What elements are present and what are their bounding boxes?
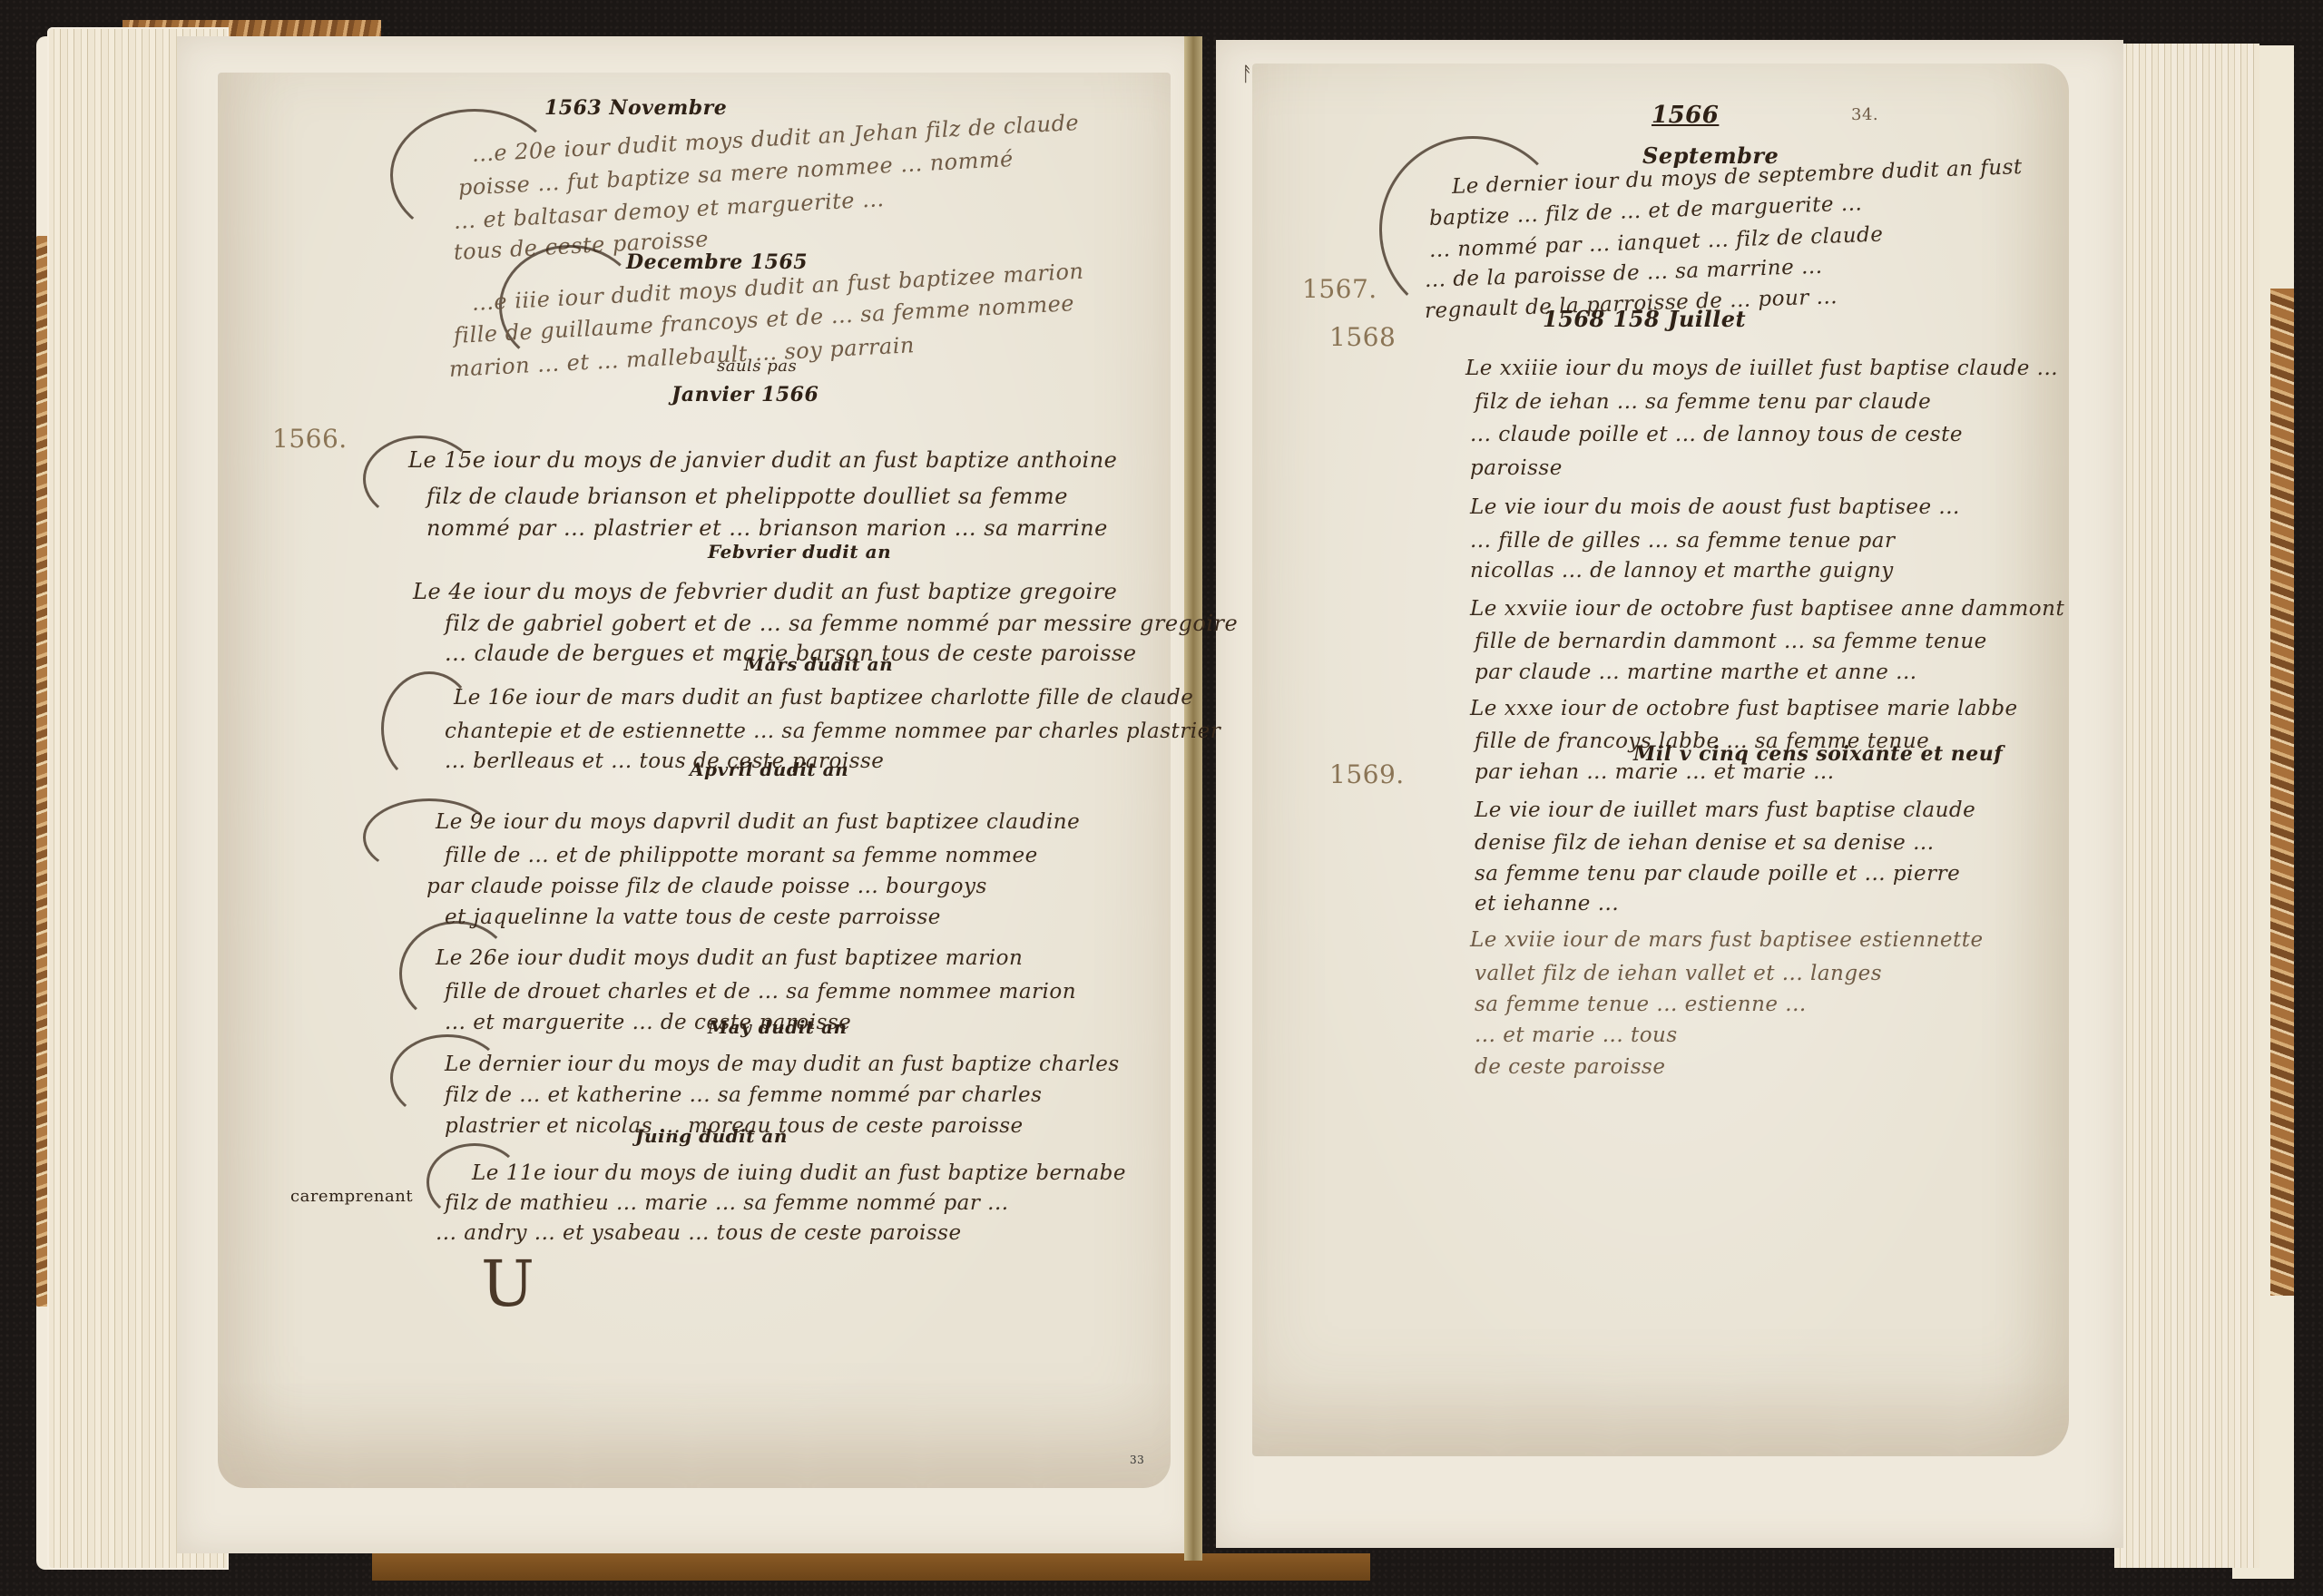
- entry-line: ... fille de gilles ... sa femme tenue p…: [1470, 531, 1895, 552]
- page-stack-right: [2114, 44, 2259, 1568]
- entry-heading: Mars dudit an: [744, 655, 893, 673]
- entry-line: filz de mathieu ... marie ... sa femme n…: [445, 1193, 1009, 1214]
- entry-line: Le xxiiie iour du moys de iuillet fust b…: [1465, 358, 2058, 379]
- margin-note: caremprenant: [290, 1189, 413, 1205]
- entry-line: filz de iehan ... sa femme tenu par clau…: [1475, 392, 1931, 413]
- folio-number: 33: [1130, 1454, 1144, 1465]
- entry-line: Le 4e iour du moys de febvrier dudit an …: [413, 581, 1117, 602]
- entry-line: par claude poisse filz de claude poisse …: [426, 876, 987, 897]
- entry-heading: 1563 Novembre: [544, 98, 727, 118]
- entry-line: Le vie iour du mois de aoust fust baptis…: [1470, 497, 1960, 518]
- margin-note-year: 1569.: [1329, 762, 1405, 788]
- entry-line: ... andry ... et ysabeau ... tous de ces…: [436, 1223, 962, 1244]
- margin-note-year: 1567.: [1302, 277, 1377, 302]
- entry-line: filz de ... et katherine ... sa femme no…: [445, 1085, 1042, 1106]
- entry-heading: Febvrier dudit an: [708, 543, 891, 561]
- folio-number: 34.: [1851, 107, 1878, 123]
- entry-heading: Mil v cinq cens soixante et neuf: [1633, 744, 2003, 764]
- entry-heading: Juing dudit an: [635, 1127, 788, 1145]
- entry-line: sa femme tenu par claude poille et ... p…: [1475, 864, 1960, 885]
- entry-line: et iehanne ...: [1475, 894, 1619, 915]
- entry-line: Le dernier iour du moys de may dudit an …: [445, 1054, 1120, 1075]
- entry-heading: May dudit an: [708, 1018, 848, 1036]
- entry-line: fille de ... et de philippotte morant sa…: [445, 846, 1038, 867]
- entry-line: filz de gabriel gobert et de ... sa femm…: [445, 612, 1238, 634]
- entry-heading: Apvril dudit an: [690, 760, 848, 778]
- entry-line: Le 11e iour du moys de iuing dudit an fu…: [472, 1163, 1126, 1184]
- entry-line: sauls pas: [717, 358, 797, 375]
- entry-heading: Janvier 1566: [671, 385, 818, 405]
- entry-line: Le vie iour de iuillet mars fust baptise…: [1475, 800, 1975, 821]
- entry-line: fille de drouet charles et de ... sa fem…: [445, 982, 1076, 1003]
- entry-line: fille de bernardin dammont ... sa femme …: [1475, 632, 1987, 652]
- entry-line: denise filz de iehan denise et sa denise…: [1475, 833, 1935, 854]
- entry-line: ... et marie ... tous: [1475, 1025, 1678, 1046]
- entry-heading: 1568 158 Juillet: [1543, 308, 1746, 330]
- entry-line: Le 15e iour du moys de janvier dudit an …: [408, 449, 1117, 471]
- entry-line: Le xxviie iour de octobre fust baptisee …: [1470, 599, 2064, 620]
- margin-note-year: 1568: [1329, 325, 1396, 350]
- marbled-cover-edge-right: [2270, 289, 2294, 1296]
- cover-bottom-edge: [372, 1553, 1370, 1581]
- signature-mark: U: [481, 1252, 535, 1316]
- entry-line: nommé par ... plastrier et ... brianson …: [426, 517, 1108, 539]
- initial-flourish: [390, 1034, 505, 1121]
- corner-mark: ᚨ: [1241, 65, 1254, 85]
- entry-line: Le 16e iour de mars dudit an fust baptiz…: [454, 688, 1193, 709]
- entry-line: par claude ... martine marthe et anne ..…: [1475, 662, 1917, 683]
- entry-heading: Decembre 1565: [626, 252, 808, 272]
- entry-line: ... claude poille et ... de lannoy tous …: [1470, 425, 1963, 446]
- entry-line: vallet filz de iehan vallet et ... lange…: [1475, 964, 1882, 984]
- entry-line: chantepie et de estiennette ... sa femme…: [445, 721, 1220, 742]
- entry-line: filz de claude brianson et phelippotte d…: [426, 485, 1068, 507]
- book-gutter: [1184, 36, 1202, 1561]
- entry-line: Le 26e iour dudit moys dudit an fust bap…: [436, 948, 1023, 969]
- entry-line: de ceste paroisse: [1475, 1057, 1665, 1078]
- entry-line: nicollas ... de lannoy et marthe guigny: [1470, 561, 1894, 582]
- page-year-header: 1566: [1652, 103, 1719, 127]
- entry-line: sa femme tenue ... estienne ...: [1475, 994, 1807, 1015]
- margin-note-year: 1566.: [272, 426, 348, 452]
- entry-line: et jaquelinne la vatte tous de ceste par…: [445, 907, 941, 928]
- entry-line: Le 9e iour du moys dapvril dudit an fust…: [436, 812, 1080, 833]
- entry-line: Le xxxe iour de octobre fust baptisee ma…: [1470, 699, 2018, 720]
- entry-line: Le xviie iour de mars fust baptisee esti…: [1470, 930, 1984, 951]
- entry-line: paroisse: [1470, 458, 1563, 479]
